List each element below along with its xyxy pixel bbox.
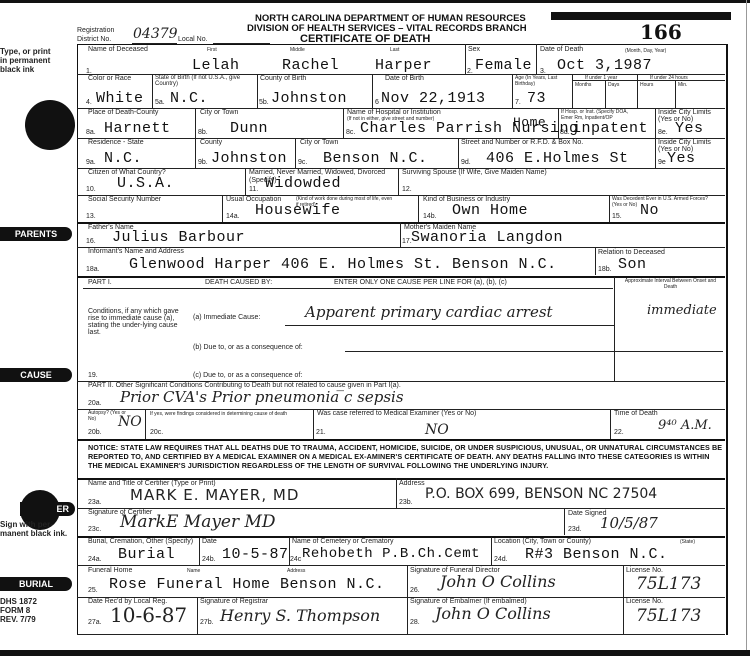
immediate-cause-value: Apparent primary cardiac arrest <box>305 303 553 321</box>
top-border <box>0 0 750 3</box>
hospital-value: Charles Parrish Nursing <box>360 120 579 137</box>
residence-county-value: Johnston <box>211 150 287 167</box>
type-or-print-note: Type, or print in permanent black ink <box>0 47 80 74</box>
first-label: First <box>207 47 217 53</box>
tab-cause: CAUSE <box>0 368 72 382</box>
father-name: Julius Barbour <box>112 229 245 246</box>
embalmer-license-value: 75L173 <box>636 606 701 626</box>
armed-forces-value: No <box>640 202 659 219</box>
burial-date-value: 10-5-87 <box>222 546 289 563</box>
tab-burial: BURIAL <box>0 577 72 591</box>
district-label: District No. <box>77 36 111 44</box>
first-name: Lelah <box>192 57 240 74</box>
certifier-address: P.O. BOX 699, BENSON NC 27504 <box>425 486 657 502</box>
registration-label: Registration <box>77 27 114 35</box>
legal-notice: NOTICE: STATE LAW REQUIRES THAT ALL DEAT… <box>88 443 723 470</box>
conditions-note: Conditions, if any which gave rise to im… <box>88 308 188 336</box>
relation-value: Son <box>618 256 647 273</box>
date-received-value: 10-6-87 <box>110 603 187 627</box>
sign-with-note: Sign with per- manent black ink. <box>0 520 80 538</box>
medical-examiner-value: NO <box>425 422 449 438</box>
part1-label: PART I. <box>88 279 112 287</box>
tab-parents: PARENTS <box>0 227 72 241</box>
certifier-name: MARK E. MAYER, MD <box>130 486 299 504</box>
race-value: White <box>96 90 144 107</box>
disposition-value: Burial <box>118 546 175 563</box>
form-id: DHS 1872 FORM 8 REV. 7/79 <box>0 597 80 624</box>
middle-label: Middle <box>290 47 305 53</box>
date-of-death-label: Date of Death <box>540 46 583 54</box>
death-caused-by-label: DEATH CAUSED BY: <box>205 279 272 287</box>
punch-hole-blob <box>25 100 75 150</box>
residence-state-value: N.C. <box>104 150 142 167</box>
business-value: Own Home <box>452 202 528 219</box>
embalmer-signature: John O Collins <box>435 604 551 623</box>
name-label: Name of Deceased <box>88 46 148 54</box>
date-of-birth-value: Nov 22,1913 <box>381 90 486 107</box>
state-of-birth-value: N.C. <box>170 90 208 107</box>
residence-city-value: Benson N.C. <box>323 150 428 167</box>
cemetery-value: Rehobeth P.B.Ch.Cemt <box>302 546 480 562</box>
informant-value: Glenwood Harper 406 E. Holmes St. Benson… <box>129 256 557 273</box>
funeral-director-signature: John O Collins <box>440 572 556 591</box>
certificate-number: 166 <box>640 20 682 44</box>
autopsy-value: NO <box>118 414 142 430</box>
citizen-value: U.S.A. <box>117 175 174 192</box>
sex-label: Sex <box>468 46 480 54</box>
time-of-death-value: 9⁴⁰ A.M. <box>658 418 712 433</box>
certifier-signature: MarkE Mayer MD <box>120 512 276 532</box>
funeral-home-value: Rose Funeral Home Benson N.C. <box>109 576 385 593</box>
local-no-label: Local No. <box>178 36 208 44</box>
date-of-death-value: Oct 3,1987 <box>557 57 652 74</box>
place-county-value: Harnett <box>104 120 171 137</box>
district-number: 04379 <box>133 26 178 42</box>
sex-value: Female <box>475 57 532 74</box>
director-license-value: 75L173 <box>636 574 701 594</box>
middle-name: Rachel <box>282 57 339 74</box>
bottom-border <box>0 650 750 656</box>
last-label: Last <box>390 47 399 53</box>
residence-inside-city-value: Yes <box>667 150 696 167</box>
marital-value: Widowded <box>265 175 341 192</box>
top-redaction-bar <box>551 12 731 20</box>
place-city-value: Dunn <box>230 120 268 137</box>
residence-street-value: 406 E.Holmes St <box>486 150 629 167</box>
occupation-value: Housewife <box>255 202 341 219</box>
registrar-signature: Henry S. Thompson <box>220 606 380 625</box>
interval-value: immediate <box>647 303 717 318</box>
date-signed-value: 10/5/87 <box>600 514 658 532</box>
county-of-birth-value: Johnston <box>271 90 347 107</box>
mother-maiden-name: Swanoria Langdon <box>411 229 563 246</box>
inside-city-value: Yes <box>675 120 704 137</box>
one-cause-instruction: ENTER ONLY ONE CAUSE PER LINE FOR (a), (… <box>334 279 507 287</box>
last-name: Harper <box>375 57 432 74</box>
part2-value: Prior CVA's Prior pneumonia ̅c sepsis <box>120 388 404 406</box>
age-value: 73 <box>527 90 546 107</box>
burial-location-value: R#3 Benson N.C. <box>525 546 668 563</box>
hospital-status-value: inpatent <box>572 120 648 137</box>
tab-certifier: ER <box>20 502 75 516</box>
